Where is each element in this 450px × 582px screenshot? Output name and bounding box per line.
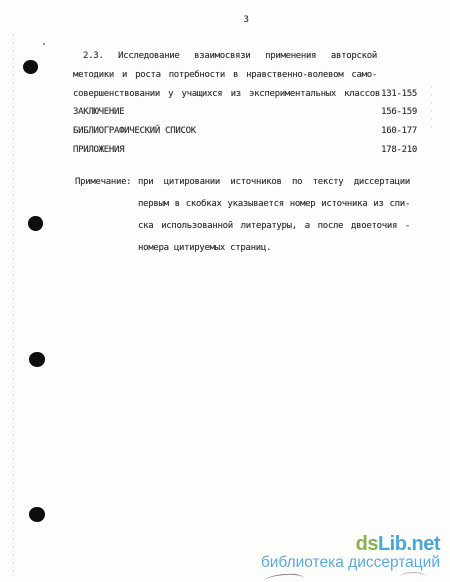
toc-item-bibliography: БИБЛИОГРАФИЧЕСКИЙ СПИСОК 160-177 [73, 122, 417, 141]
dslib-logo: dsLib.net [261, 534, 440, 554]
toc-entry-2-3-line3: совершенствовании у учащихся из эксперим… [73, 85, 417, 104]
note-block: Примечание: при цитировании источников п… [75, 171, 410, 259]
toc-item-zaklyuchenie: ЗАКЛЮЧЕНИЕ 156-159 [73, 103, 417, 122]
toc-page-range: 178-210 [381, 141, 417, 160]
dslib-logo-libnet: Lib.net [378, 533, 440, 555]
note-line: номера цитируемых страниц. [138, 237, 410, 259]
note-text: при цитировании источников по тексту дис… [138, 171, 410, 259]
dslib-watermark: dsLib.net библиотека диссертаций [261, 534, 440, 572]
note-line: первым в скобках указывается номер источ… [138, 193, 410, 215]
scanned-document-page: 3 2.3. Исследование взаимосвязи применен… [0, 0, 450, 582]
scan-speck [43, 43, 45, 45]
bottom-smudge-mark [400, 572, 426, 578]
binding-hole-dot [28, 216, 43, 231]
dslib-subtitle: библиотека диссертаций [261, 554, 440, 572]
toc-entry-2-3-line2: методики и роста потребности в нравствен… [73, 66, 377, 85]
toc-page-range: 160-177 [381, 122, 417, 141]
toc-item-label: ПРИЛОЖЕНИЯ [73, 141, 124, 160]
note-line: при цитировании источников по тексту дис… [138, 171, 410, 193]
binding-hole-dot [29, 352, 45, 367]
binding-hole-dot [23, 60, 38, 74]
bottom-smudge-mark [264, 573, 304, 581]
left-edge-scan-line [13, 34, 14, 574]
table-of-contents: 2.3. Исследование взаимосвязи применения… [73, 47, 417, 160]
page-number: 3 [236, 15, 256, 25]
toc-page-range: 131-155 [381, 85, 417, 104]
toc-entry-2-3-label: совершенствовании у учащихся из эксперим… [73, 85, 380, 104]
toc-page-range: 156-159 [381, 103, 417, 122]
right-edge-scan-marks [431, 86, 432, 130]
note-line: ска использованной литературы, а после д… [138, 215, 410, 237]
toc-item-label: ЗАКЛЮЧЕНИЕ [73, 103, 124, 122]
dslib-logo-ds: ds [356, 533, 378, 555]
toc-entry-2-3-line1: 2.3. Исследование взаимосвязи применения… [73, 47, 377, 66]
toc-item-appendices: ПРИЛОЖЕНИЯ 178-210 [73, 141, 417, 160]
note-label: Примечание: [75, 171, 138, 259]
binding-hole-dot [29, 507, 45, 522]
toc-item-label: БИБЛИОГРАФИЧЕСКИЙ СПИСОК [73, 122, 196, 141]
